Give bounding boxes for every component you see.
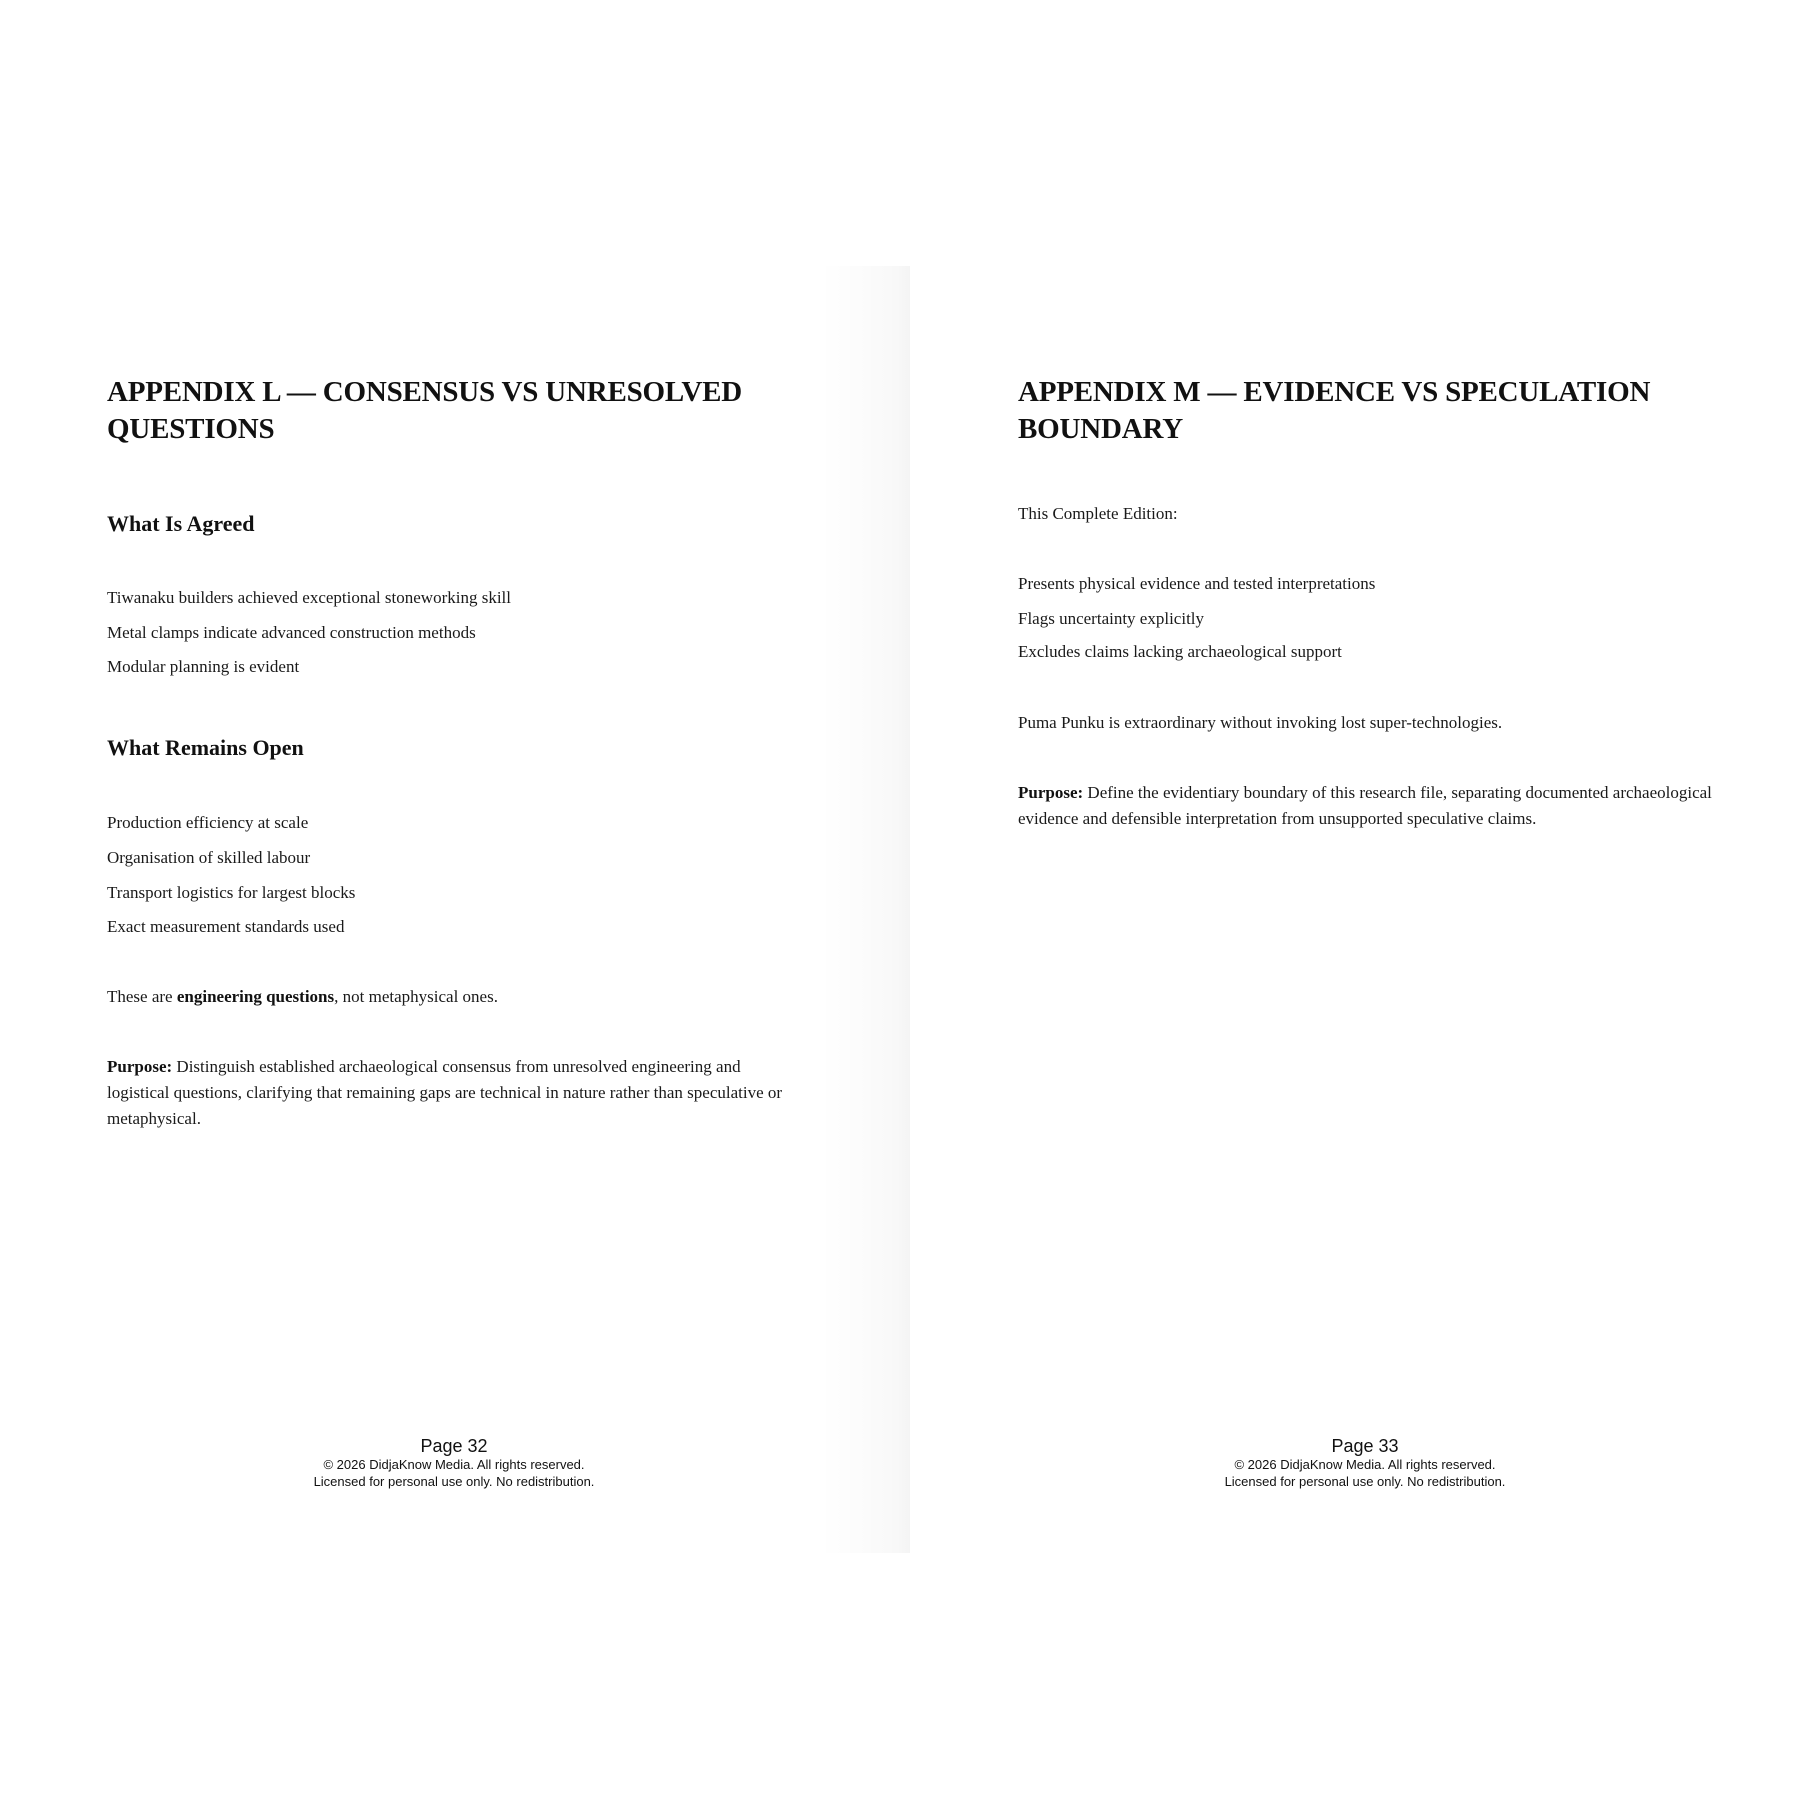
purpose-label: Purpose: [107, 1057, 172, 1076]
edition-item: Excludes claims lacking archaeological s… [1018, 642, 1342, 662]
page-number: Page 32 [204, 1436, 704, 1456]
page-footer-right: Page 33 © 2026 DidjaKnow Media. All righ… [1115, 1436, 1615, 1490]
appendix-m-title-line1: APPENDIX M — EVIDENCE VS SPECULATION [1018, 374, 1650, 411]
edition-item: Flags uncertainty explicitly [1018, 609, 1204, 629]
edition-item: Presents physical evidence and tested in… [1018, 574, 1375, 594]
purpose-text: Distinguish established archaeological c… [107, 1057, 782, 1128]
license-notice: Licensed for personal use only. No redis… [204, 1473, 704, 1490]
page-footer-left: Page 32 © 2026 DidjaKnow Media. All righ… [204, 1436, 704, 1490]
purpose-label: Purpose: [1018, 783, 1083, 802]
open-item: Exact measurement standards used [107, 917, 344, 937]
copyright-notice: © 2026 DidjaKnow Media. All rights reser… [1115, 1456, 1615, 1473]
appendix-l-title-line1: APPENDIX L — CONSENSUS VS UNRESOLVED [107, 374, 742, 411]
gutter-shadow [820, 266, 910, 1553]
open-item: Production efficiency at scale [107, 813, 308, 833]
purpose-text: Define the evidentiary boundary of this … [1018, 783, 1712, 828]
copyright-notice: © 2026 DidjaKnow Media. All rights reser… [204, 1456, 704, 1473]
open-item: Organisation of skilled labour [107, 848, 310, 868]
appendix-m-title-line2: BOUNDARY [1018, 411, 1183, 448]
engineering-statement: These are engineering questions, not met… [107, 987, 498, 1007]
section-heading-open: What Remains Open [107, 735, 304, 761]
purpose-paragraph-l: Purpose: Distinguish established archaeo… [107, 1054, 807, 1132]
page-number: Page 33 [1115, 1436, 1615, 1456]
right-page [910, 266, 1820, 1553]
license-notice: Licensed for personal use only. No redis… [1115, 1473, 1615, 1490]
statement-prefix: These are [107, 987, 177, 1006]
open-item: Transport logistics for largest blocks [107, 883, 355, 903]
statement-bold: engineering questions [177, 987, 334, 1006]
left-page [0, 266, 910, 1553]
statement-suffix: , not metaphysical ones. [334, 987, 498, 1006]
puma-punku-statement: Puma Punku is extraordinary without invo… [1018, 713, 1502, 733]
agreed-item: Metal clamps indicate advanced construct… [107, 623, 476, 643]
section-heading-agreed: What Is Agreed [107, 511, 255, 537]
purpose-paragraph-m: Purpose: Define the evidentiary boundary… [1018, 780, 1718, 832]
agreed-item: Modular planning is evident [107, 657, 299, 677]
agreed-item: Tiwanaku builders achieved exceptional s… [107, 588, 511, 608]
appendix-l-title-line2: QUESTIONS [107, 411, 274, 448]
intro-text: This Complete Edition: [1018, 504, 1178, 524]
